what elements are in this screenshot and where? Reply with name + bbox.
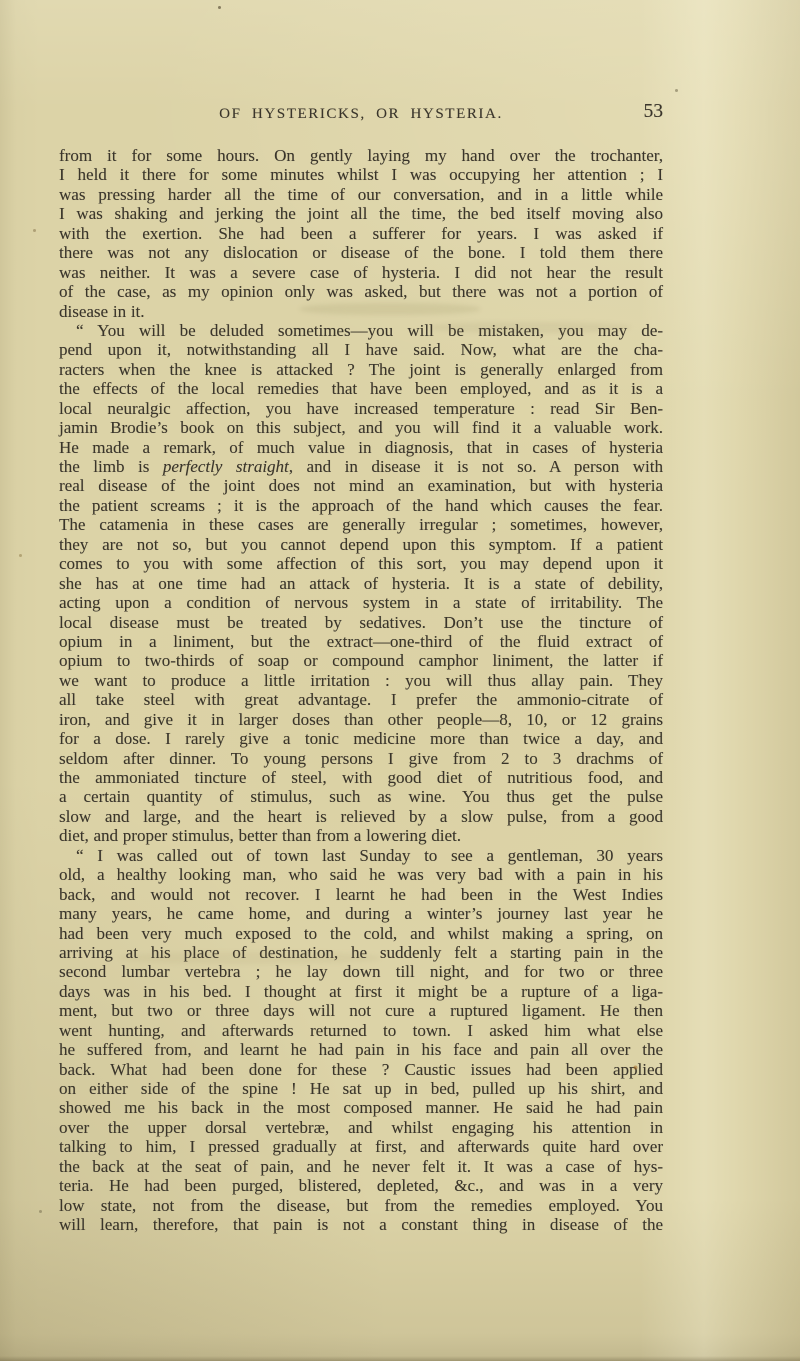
text-line: of the case, as my opinion only was aske… bbox=[59, 282, 663, 301]
text-segment: will learn, therefore, that pain is not … bbox=[59, 1215, 663, 1234]
text-line: all take steel with great advantage. I p… bbox=[59, 690, 663, 709]
text-segment: , and in disease it is not so. A person … bbox=[289, 457, 663, 476]
text-segment: back. What had been done for these ? Cau… bbox=[59, 1060, 663, 1079]
text-segment: The catamenia in these cases are general… bbox=[59, 515, 663, 534]
text-segment: “ I was called out of town last Sunday t… bbox=[76, 846, 663, 865]
text-segment: opium to two-thirds of soap or compound … bbox=[59, 651, 663, 670]
text-segment: the patient screams ; it is the approach… bbox=[59, 496, 663, 515]
running-head: OF HYSTERICKS, OR HYSTERIA. bbox=[59, 106, 663, 123]
text-segment: teria. He had been purged, blistered, de… bbox=[59, 1176, 663, 1195]
text-segment: days was in his bed. I thought at first … bbox=[59, 982, 663, 1001]
text-line: racters when the knee is attacked ? The … bbox=[59, 360, 663, 379]
text-segment: seldom after dinner. To young persons I … bbox=[59, 749, 663, 768]
text-line: they are not so, but you cannot depend u… bbox=[59, 535, 663, 554]
text-segment: talking to him, I pressed gradually at f… bbox=[59, 1137, 663, 1156]
text-line: second lumbar vertebra ; he lay down til… bbox=[59, 962, 663, 981]
text-line: had been very much exposed to the cold, … bbox=[59, 924, 663, 943]
text-line: pend upon it, notwithstanding all I have… bbox=[59, 340, 663, 359]
text-line: opium in a liniment, but the extract—one… bbox=[59, 632, 663, 651]
text-segment: she has at one time had an attack of hys… bbox=[59, 574, 663, 593]
text-segment: all take steel with great advantage. I p… bbox=[59, 690, 663, 709]
text-line: local neuralgic affection, you have incr… bbox=[59, 399, 663, 418]
text-segment: had been very much exposed to the cold, … bbox=[59, 924, 663, 943]
text-segment: slow and large, and the heart is relieve… bbox=[59, 807, 663, 826]
text-line: seldom after dinner. To young persons I … bbox=[59, 749, 663, 768]
text-segment: pend upon it, notwithstanding all I have… bbox=[59, 340, 663, 359]
text-line: will learn, therefore, that pain is not … bbox=[59, 1215, 663, 1234]
paragraph: “ I was called out of town last Sunday t… bbox=[59, 846, 663, 1235]
text-line: was pressing harder all the time of our … bbox=[59, 185, 663, 204]
text-segment: the ammoniated tincture of steel, with g… bbox=[59, 768, 663, 787]
text-line: the ammoniated tincture of steel, with g… bbox=[59, 768, 663, 787]
paragraph: “ You will be deluded sometimes—you will… bbox=[59, 321, 663, 846]
text-line: arriving at his place of destination, he… bbox=[59, 943, 663, 962]
text-line: old, a healthy looking man, who said he … bbox=[59, 865, 663, 884]
text-segment: old, a healthy looking man, who said he … bbox=[59, 865, 663, 884]
text-segment: jamin Brodie’s book on this subject, and… bbox=[59, 418, 663, 437]
text-line: real disease of the joint does not mind … bbox=[59, 476, 663, 495]
text-line: jamin Brodie’s book on this subject, and… bbox=[59, 418, 663, 437]
text-line: days was in his bed. I thought at first … bbox=[59, 982, 663, 1001]
text-segment: local disease must be treated by sedativ… bbox=[59, 613, 663, 632]
text-segment: on either side of the spine ! He sat up … bbox=[59, 1079, 663, 1098]
text-segment: for a dose. I rarely give a tonic medici… bbox=[59, 729, 663, 748]
text-line: opium to two-thirds of soap or compound … bbox=[59, 651, 663, 670]
text-line: was neither. It was a severe case of hys… bbox=[59, 263, 663, 282]
paragraph: from it for some hours. On gently laying… bbox=[59, 146, 663, 321]
text-segment: second lumbar vertebra ; he lay down til… bbox=[59, 962, 663, 981]
text-segment: ment, but two or three days will not cur… bbox=[59, 1001, 663, 1020]
text-segment: acting upon a condition of nervous syste… bbox=[59, 593, 663, 612]
text-line: he suffered from, and learnt he had pain… bbox=[59, 1040, 663, 1059]
book-page: OF HYSTERICKS, OR HYSTERIA. 53 from it f… bbox=[0, 0, 800, 1361]
text-line: the effects of the local remedies that h… bbox=[59, 379, 663, 398]
text-segment: diet, and proper stimulus, better than f… bbox=[59, 826, 461, 845]
text-segment: real disease of the joint does not mind … bbox=[59, 476, 663, 495]
text-segment: iron, and give it in larger doses than o… bbox=[59, 710, 663, 729]
text-line: “ I was called out of town last Sunday t… bbox=[59, 846, 663, 865]
text-line: The catamenia in these cases are general… bbox=[59, 515, 663, 534]
text-segment: opium in a liniment, but the extract—one… bbox=[59, 632, 663, 651]
text-segment: comes to you with some affection of this… bbox=[59, 554, 663, 573]
text-segment: showed me his back in the most composed … bbox=[59, 1098, 663, 1117]
text-line: iron, and give it in larger doses than o… bbox=[59, 710, 663, 729]
text-line: she has at one time had an attack of hys… bbox=[59, 574, 663, 593]
text-segment: with the exertion. She had been a suffer… bbox=[59, 224, 663, 243]
text-line: back. What had been done for these ? Cau… bbox=[59, 1060, 663, 1079]
text-line: teria. He had been purged, blistered, de… bbox=[59, 1176, 663, 1195]
text-line: acting upon a condition of nervous syste… bbox=[59, 593, 663, 612]
text-line: talking to him, I pressed gradually at f… bbox=[59, 1137, 663, 1156]
text-segment: of the case, as my opinion only was aske… bbox=[59, 282, 663, 301]
text-line: from it for some hours. On gently laying… bbox=[59, 146, 663, 165]
text-segment: he suffered from, and learnt he had pain… bbox=[59, 1040, 663, 1059]
text-line: I was shaking and jerking the joint all … bbox=[59, 204, 663, 223]
text-segment: over the upper dorsal vertebræ, and whil… bbox=[59, 1118, 663, 1137]
text-line: on either side of the spine ! He sat up … bbox=[59, 1079, 663, 1098]
text-segment: was neither. It was a severe case of hys… bbox=[59, 263, 663, 282]
text-line: showed me his back in the most composed … bbox=[59, 1098, 663, 1117]
text-line: for a dose. I rarely give a tonic medici… bbox=[59, 729, 663, 748]
text-segment: back, and would not recover. I learnt he… bbox=[59, 885, 663, 904]
text-segment: low state, not from the disease, but fro… bbox=[59, 1196, 663, 1215]
text-segment: He made a remark, of much value in diagn… bbox=[59, 438, 663, 457]
text-segment: from it for some hours. On gently laying… bbox=[59, 146, 663, 165]
text-line: local disease must be treated by sedativ… bbox=[59, 613, 663, 632]
text-segment: there was not any dislocation or disease… bbox=[59, 243, 663, 262]
text-line: the patient screams ; it is the approach… bbox=[59, 496, 663, 515]
text-line: back, and would not recover. I learnt he… bbox=[59, 885, 663, 904]
text-line: comes to you with some affection of this… bbox=[59, 554, 663, 573]
text-line: “ You will be deluded sometimes—you will… bbox=[59, 321, 663, 340]
text-line: with the exertion. She had been a suffer… bbox=[59, 224, 663, 243]
text-line: He made a remark, of much value in diagn… bbox=[59, 438, 663, 457]
text-line: over the upper dorsal vertebræ, and whil… bbox=[59, 1118, 663, 1137]
text-segment: went hunting, and afterwards returned to… bbox=[59, 1021, 663, 1040]
text-line: disease in it. bbox=[59, 302, 663, 321]
text-segment: “ You will be deluded sometimes—you will… bbox=[76, 321, 663, 340]
text-line: there was not any dislocation or disease… bbox=[59, 243, 663, 262]
text-segment: they are not so, but you cannot depend u… bbox=[59, 535, 663, 554]
text-line: low state, not from the disease, but fro… bbox=[59, 1196, 663, 1215]
text-line: diet, and proper stimulus, better than f… bbox=[59, 826, 663, 845]
text-line: ment, but two or three days will not cur… bbox=[59, 1001, 663, 1020]
text-segment: a certain quantity of stimulus, such as … bbox=[59, 787, 663, 806]
text-line: I held it there for some minutes whilst … bbox=[59, 165, 663, 184]
text-segment: disease in it. bbox=[59, 302, 145, 321]
text-segment: the effects of the local remedies that h… bbox=[59, 379, 663, 398]
text-segment: local neuralgic affection, you have incr… bbox=[59, 399, 663, 418]
text-segment: many years, he came home, and during a w… bbox=[59, 904, 663, 923]
text-segment: the back at the seat of pain, and he nev… bbox=[59, 1157, 663, 1176]
text-segment: arriving at his place of destination, he… bbox=[59, 943, 663, 962]
text-segment: racters when the knee is attacked ? The … bbox=[59, 360, 663, 379]
text-segment: I was shaking and jerking the joint all … bbox=[59, 204, 663, 223]
text-line: many years, he came home, and during a w… bbox=[59, 904, 663, 923]
running-head-title: OF HYSTERICKS, OR HYSTERIA. bbox=[219, 106, 503, 122]
text-line: we want to produce a little irritation :… bbox=[59, 671, 663, 690]
page-body-text: from it for some hours. On gently laying… bbox=[59, 146, 663, 1235]
text-line: went hunting, and afterwards returned to… bbox=[59, 1021, 663, 1040]
italic-phrase: perfectly straight bbox=[163, 457, 289, 476]
text-line: the back at the seat of pain, and he nev… bbox=[59, 1157, 663, 1176]
paper-specks bbox=[218, 6, 221, 9]
text-line: the limb is perfectly straight, and in d… bbox=[59, 457, 663, 476]
text-line: slow and large, and the heart is relieve… bbox=[59, 807, 663, 826]
text-segment: we want to produce a little irritation :… bbox=[59, 671, 663, 690]
text-segment: the limb is bbox=[59, 457, 163, 476]
text-line: a certain quantity of stimulus, such as … bbox=[59, 787, 663, 806]
text-segment: I held it there for some minutes whilst … bbox=[59, 165, 663, 184]
text-segment: was pressing harder all the time of our … bbox=[59, 185, 663, 204]
page-number: 53 bbox=[644, 101, 664, 123]
